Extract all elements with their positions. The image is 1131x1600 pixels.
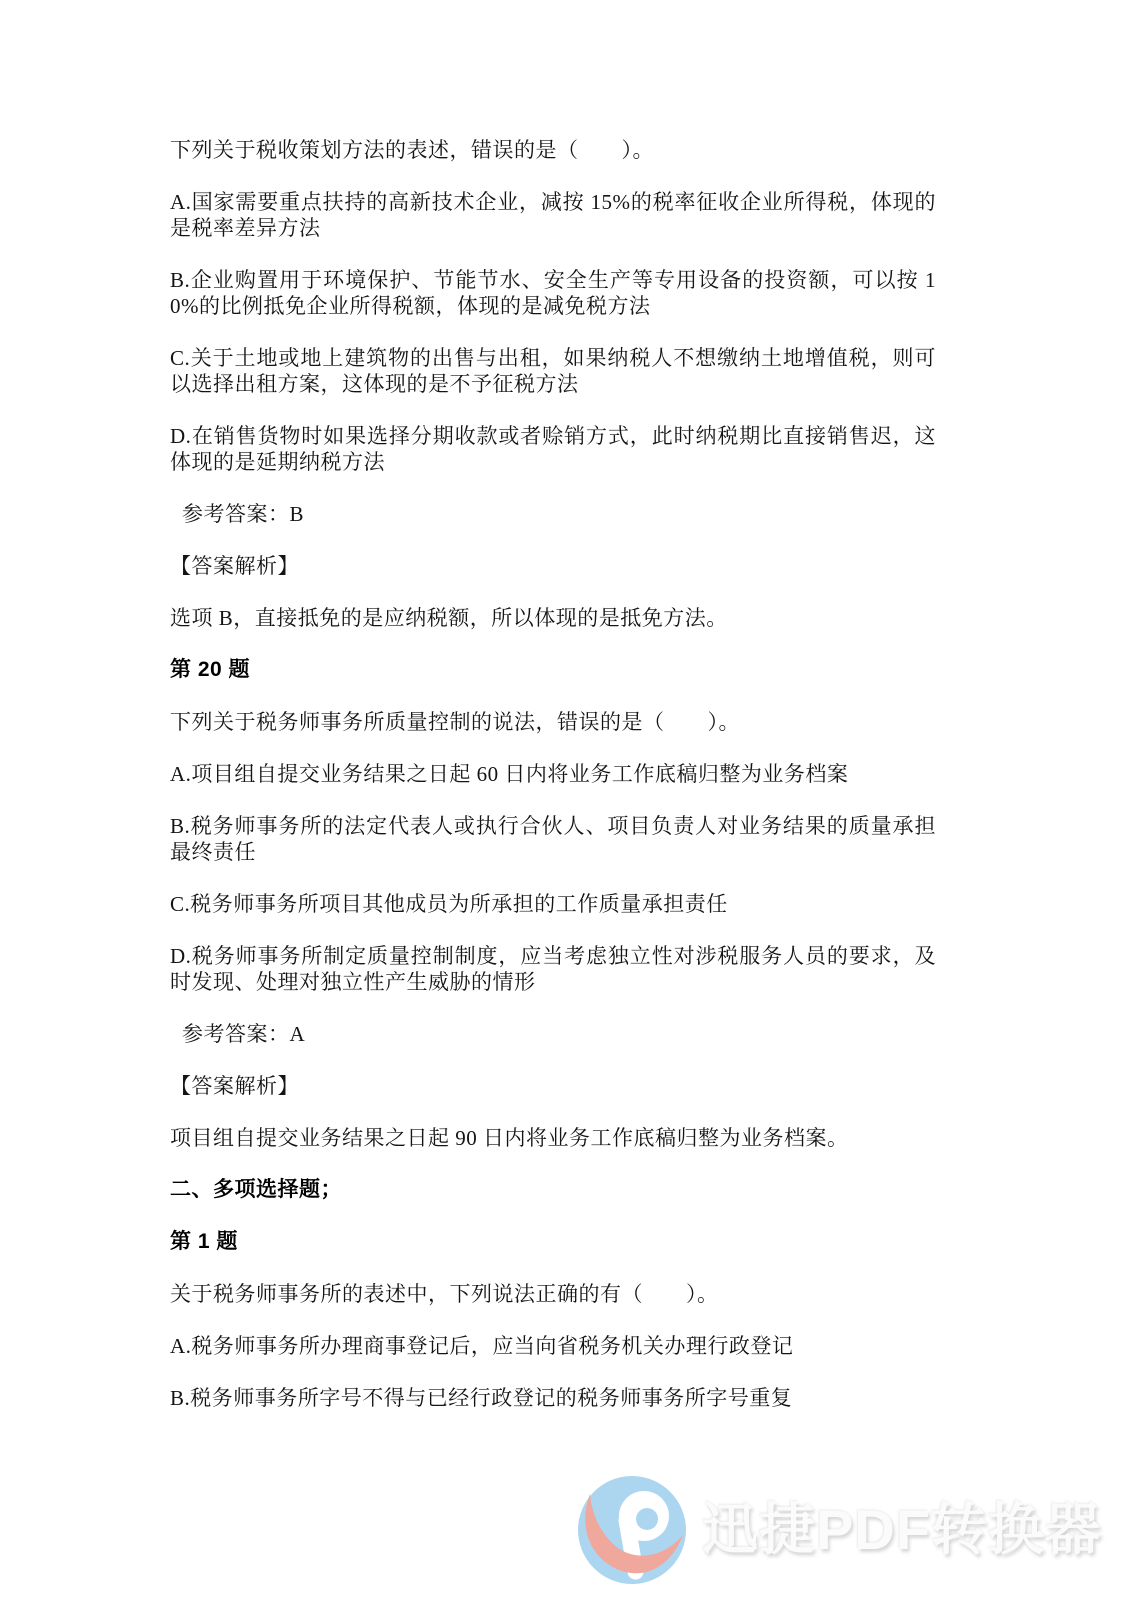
q19-analysis-title: 【答案解析】	[170, 553, 936, 579]
q19-option-a: A.国家需要重点扶持的高新技术企业，减按 15%的税率征收企业所得税，体现的是税…	[170, 189, 936, 241]
q20-analysis-title: 【答案解析】	[170, 1073, 936, 1099]
q19-option-d: D.在销售货物时如果选择分期收款或者赊销方式，此时纳税期比直接销售迟，这体现的是…	[170, 423, 936, 475]
section2-heading: 二、多项选择题；	[170, 1177, 936, 1203]
q19-reference-answer: 参考答案：B	[170, 501, 936, 527]
q20-reference-answer: 参考答案：A	[170, 1021, 936, 1047]
q20-option-b: B.税务师事务所的法定代表人或执行合伙人、项目负责人对业务结果的质量承担最终责任	[170, 813, 936, 865]
q19-stem: 下列关于税收策划方法的表述，错误的是（ ）。	[170, 137, 936, 163]
q20-option-a: A.项目组自提交业务结果之日起 60 日内将业务工作底稿归整为业务档案	[170, 761, 936, 787]
q19-analysis-text: 选项 B，直接抵免的是应纳税额，所以体现的是抵免方法。	[170, 605, 936, 631]
section2-q1-stem: 关于税务师事务所的表述中，下列说法正确的有（ ）。	[170, 1281, 936, 1307]
watermark: 迅捷PDF转换器	[576, 1474, 1102, 1586]
document-content: 下列关于税收策划方法的表述，错误的是（ ）。 A.国家需要重点扶持的高新技术企业…	[170, 137, 936, 1437]
q19-option-b: B.企业购置用于环境保护、节能节水、安全生产等专用设备的投资额，可以按 10%的…	[170, 267, 936, 319]
section2-q1-option-b: B.税务师事务所字号不得与已经行政登记的税务师事务所字号重复	[170, 1385, 936, 1411]
watermark-brand-text: 迅捷PDF转换器	[702, 1502, 1102, 1558]
q20-analysis-text: 项目组自提交业务结果之日起 90 日内将业务工作底稿归整为业务档案。	[170, 1125, 936, 1151]
q20-heading: 第 20 题	[170, 657, 936, 683]
document-page: 下列关于税收策划方法的表述，错误的是（ ）。 A.国家需要重点扶持的高新技术企业…	[0, 0, 1131, 1600]
section2-q1-option-a: A.税务师事务所办理商事登记后，应当向省税务机关办理行政登记	[170, 1333, 936, 1359]
q20-option-c: C.税务师事务所项目其他成员为所承担的工作质量承担责任	[170, 891, 936, 917]
q20-stem: 下列关于税务师事务所质量控制的说法，错误的是（ ）。	[170, 709, 936, 735]
section2-q1-heading: 第 1 题	[170, 1229, 936, 1255]
pdf-converter-logo-icon	[576, 1474, 688, 1586]
q20-option-d: D.税务师事务所制定质量控制制度，应当考虑独立性对涉税服务人员的要求，及时发现、…	[170, 943, 936, 995]
q19-option-c: C.关于土地或地上建筑物的出售与出租，如果纳税人不想缴纳土地增值税，则可以选择出…	[170, 345, 936, 397]
